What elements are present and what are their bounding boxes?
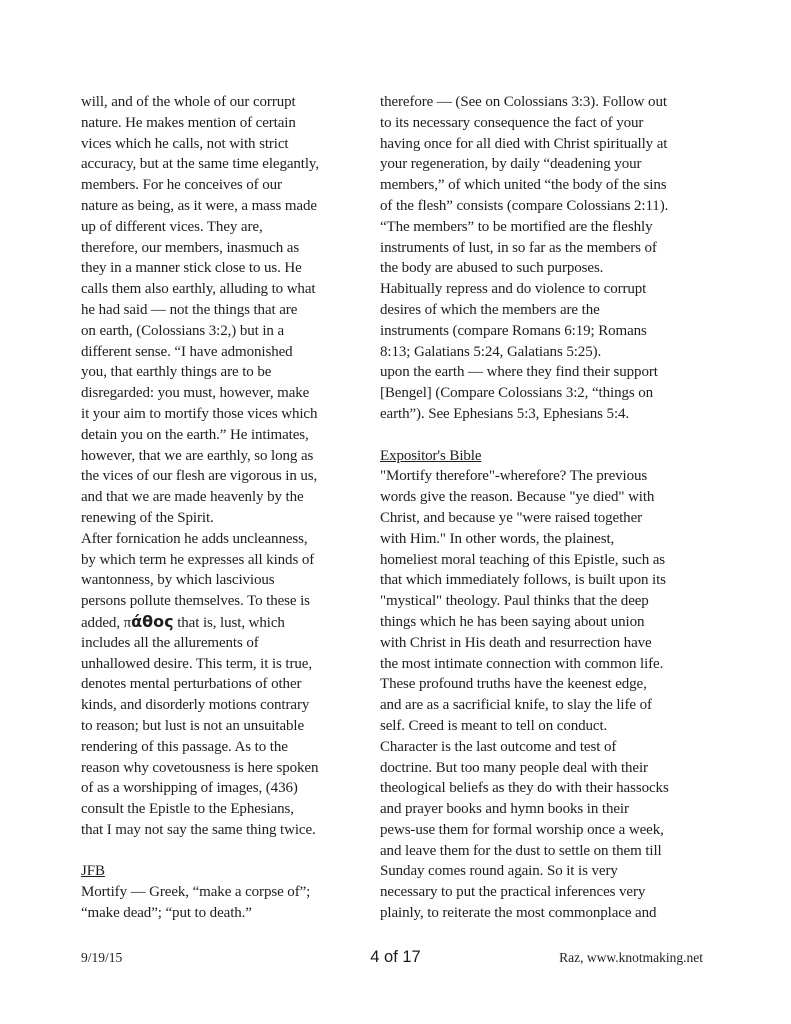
text-line: the vices of our flesh are vigorous in u… [81,466,373,487]
paragraph-gap [81,841,373,862]
text-line: unhallowed desire. This term, it is true… [81,654,373,675]
left-column: will, and of the whole of our corruptnat… [81,92,373,924]
text-line: to its necessary consequence the fact of… [380,113,717,134]
text-line: vices which he calls, not with strict [81,134,373,155]
text-line: includes all the allurements of [81,633,373,654]
text-line: upon the earth — where they find their s… [380,362,717,383]
text-line: disregarded: you must, however, make [81,383,373,404]
text-line: things which he has been saying about un… [380,612,717,633]
text-line: therefore — (See on Colossians 3:3). Fol… [380,92,717,113]
text-line: plainly, to reiterate the most commonpla… [380,903,717,924]
text-line: consult the Epistle to the Ephesians, [81,799,373,820]
text-line: to reason; but lust is not an unsuitable [81,716,373,737]
text-line: "mystical" theology. Paul thinks that th… [380,591,717,612]
text-line: and that we are made heavenly by the [81,487,373,508]
text-line: the most intimate connection with common… [380,654,717,675]
text-line: instruments (compare Romans 6:19; Romans [380,321,717,342]
text-line: it your aim to mortify those vices which [81,404,373,425]
text-line: Habitually repress and do violence to co… [380,279,717,300]
text-line: of as a worshipping of images, (436) [81,778,373,799]
text-line: Sunday comes round again. So it is very [380,861,717,882]
text-line: nature as being, as it were, a mass made [81,196,373,217]
text-line: “The members” to be mortified are the fl… [380,217,717,238]
text-line: earth”). See Ephesians 5:3, Ephesians 5:… [380,404,717,425]
text-line: by which term he expresses all kinds of [81,550,373,571]
text-line: instruments of lust, in so far as the me… [380,238,717,259]
text-line: words give the reason. Because "ye died"… [380,487,717,508]
text-line: homeliest moral teaching of this Epistle… [380,550,717,571]
footer-date: 9/19/15 [81,950,122,966]
text-line: different sense. “I have admonished [81,342,373,363]
text-line: with Him." In other words, the plainest, [380,529,717,550]
text-line: he had said — not the things that are [81,300,373,321]
text-line: that which immediately follows, is built… [380,570,717,591]
right-column: therefore — (See on Colossians 3:3). Fol… [380,92,717,924]
text-line: doctrine. But too many people deal with … [380,758,717,779]
text-line: the body are abused to such purposes. [380,258,717,279]
footer-credit: Raz, www.knotmaking.net [559,950,703,966]
footer-page-indicator: 4 of 17 [370,948,420,967]
text-line: and leave them for the dust to settle on… [380,841,717,862]
text-line: having once for all died with Christ spi… [380,134,717,155]
text-line: denotes mental perturbations of other [81,674,373,695]
text-line: wantonness, by which lascivious [81,570,373,591]
text-line: 8:13; Galatians 5:24, Galatians 5:25). [380,342,717,363]
text-line: you, that earthly things are to be [81,362,373,383]
text-line: accuracy, but at the same time elegantly… [81,154,373,175]
text-line: of the flesh” consists (compare Colossia… [380,196,717,217]
text-line: Character is the last outcome and test o… [380,737,717,758]
text-line: your regeneration, by daily “deadening y… [380,154,717,175]
text-line: and prayer books and hymn books in their [380,799,717,820]
section-heading-expositors-bible: Expositor's Bible [380,446,717,467]
text-line: Christ, and because ye "were raised toge… [380,508,717,529]
text-line: Mortify — Greek, “make a corpse of”; [81,882,373,903]
text-line: After fornication he adds uncleanness, [81,529,373,550]
text-line: self. Creed is meant to tell on conduct. [380,716,717,737]
text-line: added, πάθος that is, lust, which [81,612,373,633]
text-line: desires of which the members are the [380,300,717,321]
text-line: however, that we are earthly, so long as [81,446,373,467]
greek-term: άθος [131,612,173,631]
text-line: calls them also earthly, alluding to wha… [81,279,373,300]
text-line: necessary to put the practical inference… [380,882,717,903]
text-line: “make dead”; “put to death.” [81,903,373,924]
section-heading-jfb: JFB [81,861,373,882]
text-line: persons pollute themselves. To these is [81,591,373,612]
paragraph-gap [380,425,717,446]
text-line: that I may not say the same thing twice. [81,820,373,841]
text-line: detain you on the earth.” He intimates, [81,425,373,446]
page-footer: 9/19/15 4 of 17 Raz, www.knotmaking.net [0,948,791,972]
text-line: kinds, and disorderly motions contrary [81,695,373,716]
text-line: members,” of which united “the body of t… [380,175,717,196]
text-line: on earth, (Colossians 3:2,) but in a [81,321,373,342]
text-line: with Christ in His death and resurrectio… [380,633,717,654]
text-line: they in a manner stick close to us. He [81,258,373,279]
text-line: will, and of the whole of our corrupt [81,92,373,113]
text-line: These profound truths have the keenest e… [380,674,717,695]
text-line: renewing of the Spirit. [81,508,373,529]
text-line: reason why covetousness is here spoken [81,758,373,779]
document-page: will, and of the whole of our corruptnat… [0,0,791,1024]
text-line: rendering of this passage. As to the [81,737,373,758]
text-line: therefore, our members, inasmuch as [81,238,373,259]
text-line: pews-use them for formal worship once a … [380,820,717,841]
text-line: nature. He makes mention of certain [81,113,373,134]
text-line: members. For he conceives of our [81,175,373,196]
text-line: and are as a sacrificial knife, to slay … [380,695,717,716]
text-line: theological beliefs as they do with thei… [380,778,717,799]
text-line: up of different vices. They are, [81,217,373,238]
text-line: "Mortify therefore"-wherefore? The previ… [380,466,717,487]
text-segment: added, π [81,615,131,631]
text-segment: that is, lust, which [174,615,285,631]
text-line: [Bengel] (Compare Colossians 3:2, “thing… [380,383,717,404]
